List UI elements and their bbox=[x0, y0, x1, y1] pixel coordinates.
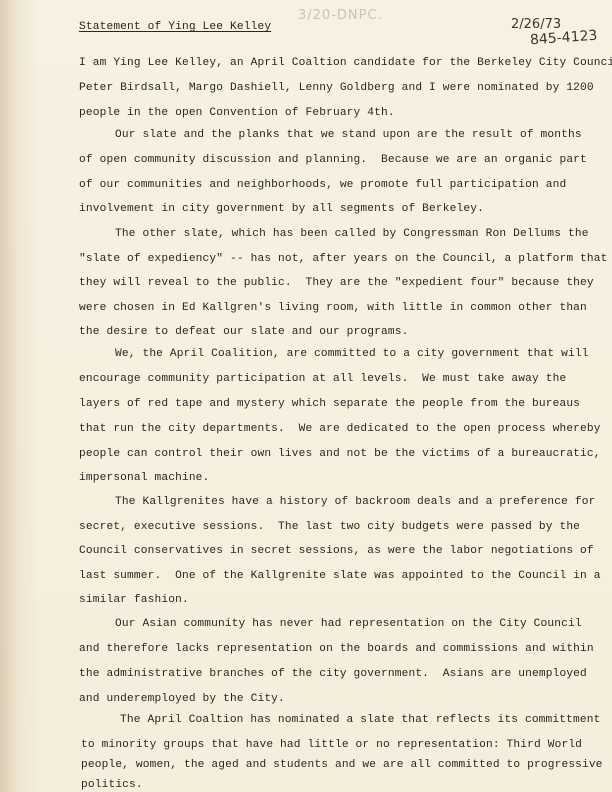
text-line: encourage community participation at all… bbox=[79, 373, 566, 385]
text-line: similar fashion. bbox=[79, 594, 189, 606]
text-line: The Kallgrenites have a history of backr… bbox=[115, 496, 595, 508]
handwritten-phone-number: 845-4123 bbox=[530, 28, 598, 49]
text-line: layers of red tape and mystery which sep… bbox=[79, 398, 580, 410]
text-line: of open community discussion and plannin… bbox=[79, 154, 587, 166]
text-line: Peter Birdsall, Margo Dashiell, Lenny Go… bbox=[79, 82, 594, 94]
text-line: secret, executive sessions. The last two… bbox=[79, 521, 580, 533]
text-line: they will reveal to the public. They are… bbox=[79, 277, 594, 289]
text-line: people in the open Convention of Februar… bbox=[79, 107, 395, 119]
text-line: Our slate and the planks that we stand u… bbox=[115, 129, 582, 141]
text-line: I am Ying Lee Kelley, an April Coaltion … bbox=[79, 57, 612, 69]
text-line: Council conservatives in secret sessions… bbox=[79, 545, 594, 557]
text-line: The other slate, which has been called b… bbox=[115, 228, 589, 240]
text-line: the administrative branches of the city … bbox=[79, 668, 587, 680]
text-line: people can control their own lives and n… bbox=[79, 448, 601, 460]
text-line: to minority groups that have had little … bbox=[81, 739, 582, 751]
document-title: Statement of Ying Lee Kelley bbox=[79, 21, 271, 33]
document-page: Statement of Ying Lee Kelley 3/20-DNPC. … bbox=[0, 0, 612, 792]
text-line: We, the April Coalition, are committed t… bbox=[115, 348, 589, 360]
text-line: that run the city departments. We are de… bbox=[79, 423, 601, 435]
text-line: impersonal machine. bbox=[79, 472, 209, 484]
text-line: the desire to defeat our slate and our p… bbox=[79, 326, 408, 338]
text-line: and therefore lacks representation on th… bbox=[79, 643, 594, 655]
text-line: last summer. One of the Kallgrenite slat… bbox=[79, 570, 601, 582]
text-line: Our Asian community has never had repres… bbox=[115, 618, 582, 630]
text-line: were chosen in Ed Kallgren's living room… bbox=[79, 302, 587, 314]
text-line: politics. bbox=[81, 779, 143, 791]
text-line: and underemployed by the City. bbox=[79, 693, 285, 705]
text-line: involvement in city government by all se… bbox=[79, 203, 484, 215]
handwritten-faint-note: 3/20-DNPC. bbox=[298, 8, 383, 23]
text-line: people, women, the aged and students and… bbox=[81, 759, 603, 771]
text-line: of our communities and neighborhoods, we… bbox=[79, 179, 566, 191]
text-line: The April Coaltion has nominated a slate… bbox=[120, 714, 600, 726]
text-line: "slate of expediency" -- has not, after … bbox=[79, 253, 608, 265]
